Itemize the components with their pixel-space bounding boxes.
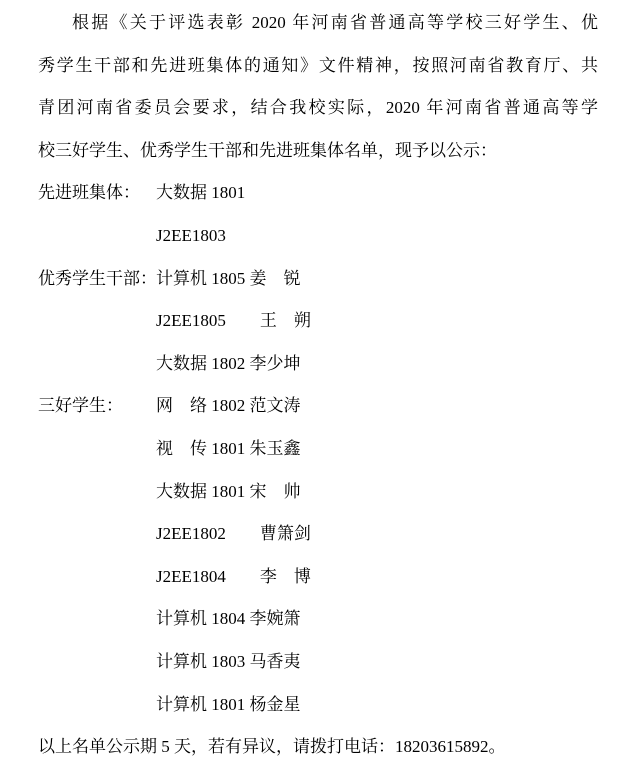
entry-text: 网 络 1802 范文涛 [156,396,301,415]
award-entry: 计算机 1803 马香夷 [38,641,637,684]
award-entry: 计算机 1801 杨金星 [38,684,637,727]
entry-text: 大数据 1801 宋 帅 [156,482,301,501]
intro-line-2: 秀学生干部和先进班集体的通知》文件精神，按照河南省教育厅、共 [38,45,598,88]
award-entry: J2EE1803 [38,215,637,258]
closing-line: 以上名单公示期 5 天，若有异议，请拨打电话：18203615892。 [38,726,637,769]
category-label: 三好学生： [38,385,156,428]
award-entry: 视 传 1801 朱玉鑫 [38,428,637,471]
entry-text: J2EE1804 李 博 [156,567,311,586]
award-entry: 先进班集体：大数据 1801 [38,172,637,215]
intro-line-3: 青团河南省委员会要求，结合我校实际，2020 年河南省普通高等学 [38,87,598,130]
award-entry: J2EE1804 李 博 [38,556,637,599]
entry-text: 计算机 1801 杨金星 [156,695,301,714]
announcement-document: 根据《关于评选表彰 2020 年河南省普通高等学校三好学生、优 秀学生干部和先进… [0,0,637,769]
award-entry: 大数据 1801 宋 帅 [38,471,637,514]
entry-text: 计算机 1803 马香夷 [156,652,301,671]
intro-paragraph: 根据《关于评选表彰 2020 年河南省普通高等学校三好学生、优 秀学生干部和先进… [38,2,637,172]
category-label: 优秀学生干部： [38,258,156,301]
entry-text: J2EE1805 王 朔 [156,311,311,330]
entry-text: J2EE1802 曹箫剑 [156,524,311,543]
category-label: 先进班集体： [38,172,156,215]
intro-line-4: 校三好学生、优秀学生干部和先进班集体名单，现予以公示： [38,130,598,173]
intro-line-1: 根据《关于评选表彰 2020 年河南省普通高等学校三好学生、优 [38,2,598,45]
entry-text: 大数据 1801 [156,183,245,202]
award-entry: 优秀学生干部：计算机 1805 姜 锐 [38,258,637,301]
entry-text: 大数据 1802 李少坤 [156,354,301,373]
entry-text: 计算机 1804 李婉箫 [156,609,301,628]
award-entry: 计算机 1804 李婉箫 [38,598,637,641]
award-entry: J2EE1805 王 朔 [38,300,637,343]
award-list: 先进班集体：大数据 1801 J2EE1803 优秀学生干部：计算机 1805 … [38,172,637,726]
entry-text: J2EE1803 [156,226,226,245]
award-entry: 三好学生：网 络 1802 范文涛 [38,385,637,428]
entry-text: 计算机 1805 姜 锐 [156,269,301,288]
award-entry: J2EE1802 曹箫剑 [38,513,637,556]
award-entry: 大数据 1802 李少坤 [38,343,637,386]
entry-text: 视 传 1801 朱玉鑫 [156,439,301,458]
